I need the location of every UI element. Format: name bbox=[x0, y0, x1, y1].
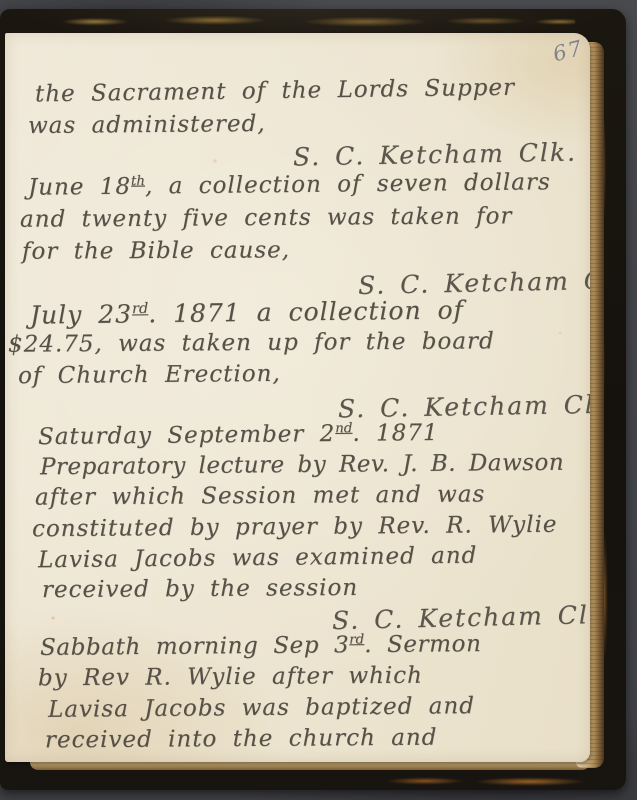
manuscript-line: and twenty five cents was taken for bbox=[20, 203, 513, 232]
cover-wear-top bbox=[55, 14, 575, 28]
line-text: Lavisa Jacobs was examined and bbox=[38, 543, 478, 574]
cover-wear-bottom bbox=[380, 775, 590, 787]
line-text: . Sermon bbox=[364, 631, 481, 658]
manuscript-line: Lavisa Jacobs was examined and bbox=[38, 543, 478, 574]
manuscript-line: $24.75, was taken up for the board bbox=[8, 328, 495, 357]
line-text: Preparatory lecture by Rev. J. B. Dawson bbox=[40, 450, 564, 481]
line-text: Sabbath morning Sep 3 bbox=[40, 632, 350, 661]
line-text: S. C. Ketcham Clk. bbox=[293, 138, 577, 172]
line-text: S. C. Ketcham Clk bbox=[338, 390, 590, 424]
line-text: after which Session met and was bbox=[35, 481, 485, 510]
manuscript-line: after which Session met and was bbox=[35, 481, 485, 510]
line-text: July 23 bbox=[30, 299, 132, 329]
line-text: Saturday September 2 bbox=[38, 421, 336, 450]
line-text: for the Bible cause, bbox=[22, 237, 290, 264]
line-text: $24.75, was taken up for the board bbox=[8, 328, 495, 357]
line-text: received by the session bbox=[42, 575, 358, 603]
line-text: Lavisa Jacobs was baptized and bbox=[48, 693, 475, 723]
line-text: S. C. Ketcham Clk. bbox=[358, 265, 590, 300]
manuscript-line: June 18th, a collection of seven dollars bbox=[28, 169, 551, 200]
manuscript-signature: S. C. Ketcham Clk bbox=[332, 600, 590, 635]
manuscript-line: of Church Erection, bbox=[18, 361, 281, 389]
manuscript-line: the Sacrament of the Lords Supper bbox=[35, 75, 515, 108]
line-text: S. C. Ketcham Clk bbox=[332, 600, 590, 635]
manuscript-line: received into the church and bbox=[45, 725, 438, 754]
page-number: 67 bbox=[551, 36, 587, 67]
line-text: . 1871 a collection of bbox=[148, 295, 464, 328]
manuscript-line: constituted by prayer by Rev. R. Wylie bbox=[32, 512, 558, 543]
line-ordinal: nd bbox=[335, 421, 352, 436]
line-text: constituted by prayer by Rev. R. Wylie bbox=[32, 512, 558, 543]
line-text: . 1871 bbox=[352, 420, 438, 447]
manuscript-line: was administered, bbox=[28, 111, 266, 139]
line-text: , a collection of seven dollars bbox=[145, 169, 551, 199]
line-ordinal: rd bbox=[132, 301, 148, 317]
manuscript-line: for the Bible cause, bbox=[22, 237, 290, 264]
manuscript-line: July 23rd. 1871 a collection of bbox=[30, 295, 464, 329]
photo-background: 67 the Sacrament of the Lords Supper was… bbox=[0, 0, 637, 800]
manuscript-line: received by the session bbox=[42, 575, 358, 603]
line-ordinal: th bbox=[131, 174, 145, 189]
manuscript-signature: S. C. Ketcham Clk. bbox=[293, 138, 577, 172]
manuscript-line: Saturday September 2nd. 1871 bbox=[38, 420, 439, 450]
manuscript-line: Sabbath morning Sep 3rd. Sermon bbox=[40, 631, 482, 661]
line-text: received into the church and bbox=[45, 725, 438, 754]
line-text: June 18 bbox=[28, 174, 131, 201]
line-text: of Church Erection, bbox=[18, 361, 281, 389]
line-ordinal: rd bbox=[349, 632, 364, 647]
manuscript-page: 67 the Sacrament of the Lords Supper was… bbox=[5, 33, 590, 762]
line-text: was administered, bbox=[28, 111, 266, 139]
line-text: and twenty five cents was taken for bbox=[20, 203, 513, 232]
manuscript-signature: S. C. Ketcham Clk. bbox=[358, 265, 590, 300]
manuscript-signature: S. C. Ketcham Clk bbox=[338, 390, 590, 424]
manuscript-line: Lavisa Jacobs was baptized and bbox=[48, 693, 475, 723]
manuscript-line: by Rev R. Wylie after which bbox=[38, 663, 423, 692]
line-text: by Rev R. Wylie after which bbox=[38, 663, 423, 692]
manuscript-line: Preparatory lecture by Rev. J. B. Dawson bbox=[40, 450, 564, 481]
line-text: the Sacrament of the Lords Supper bbox=[35, 75, 515, 108]
